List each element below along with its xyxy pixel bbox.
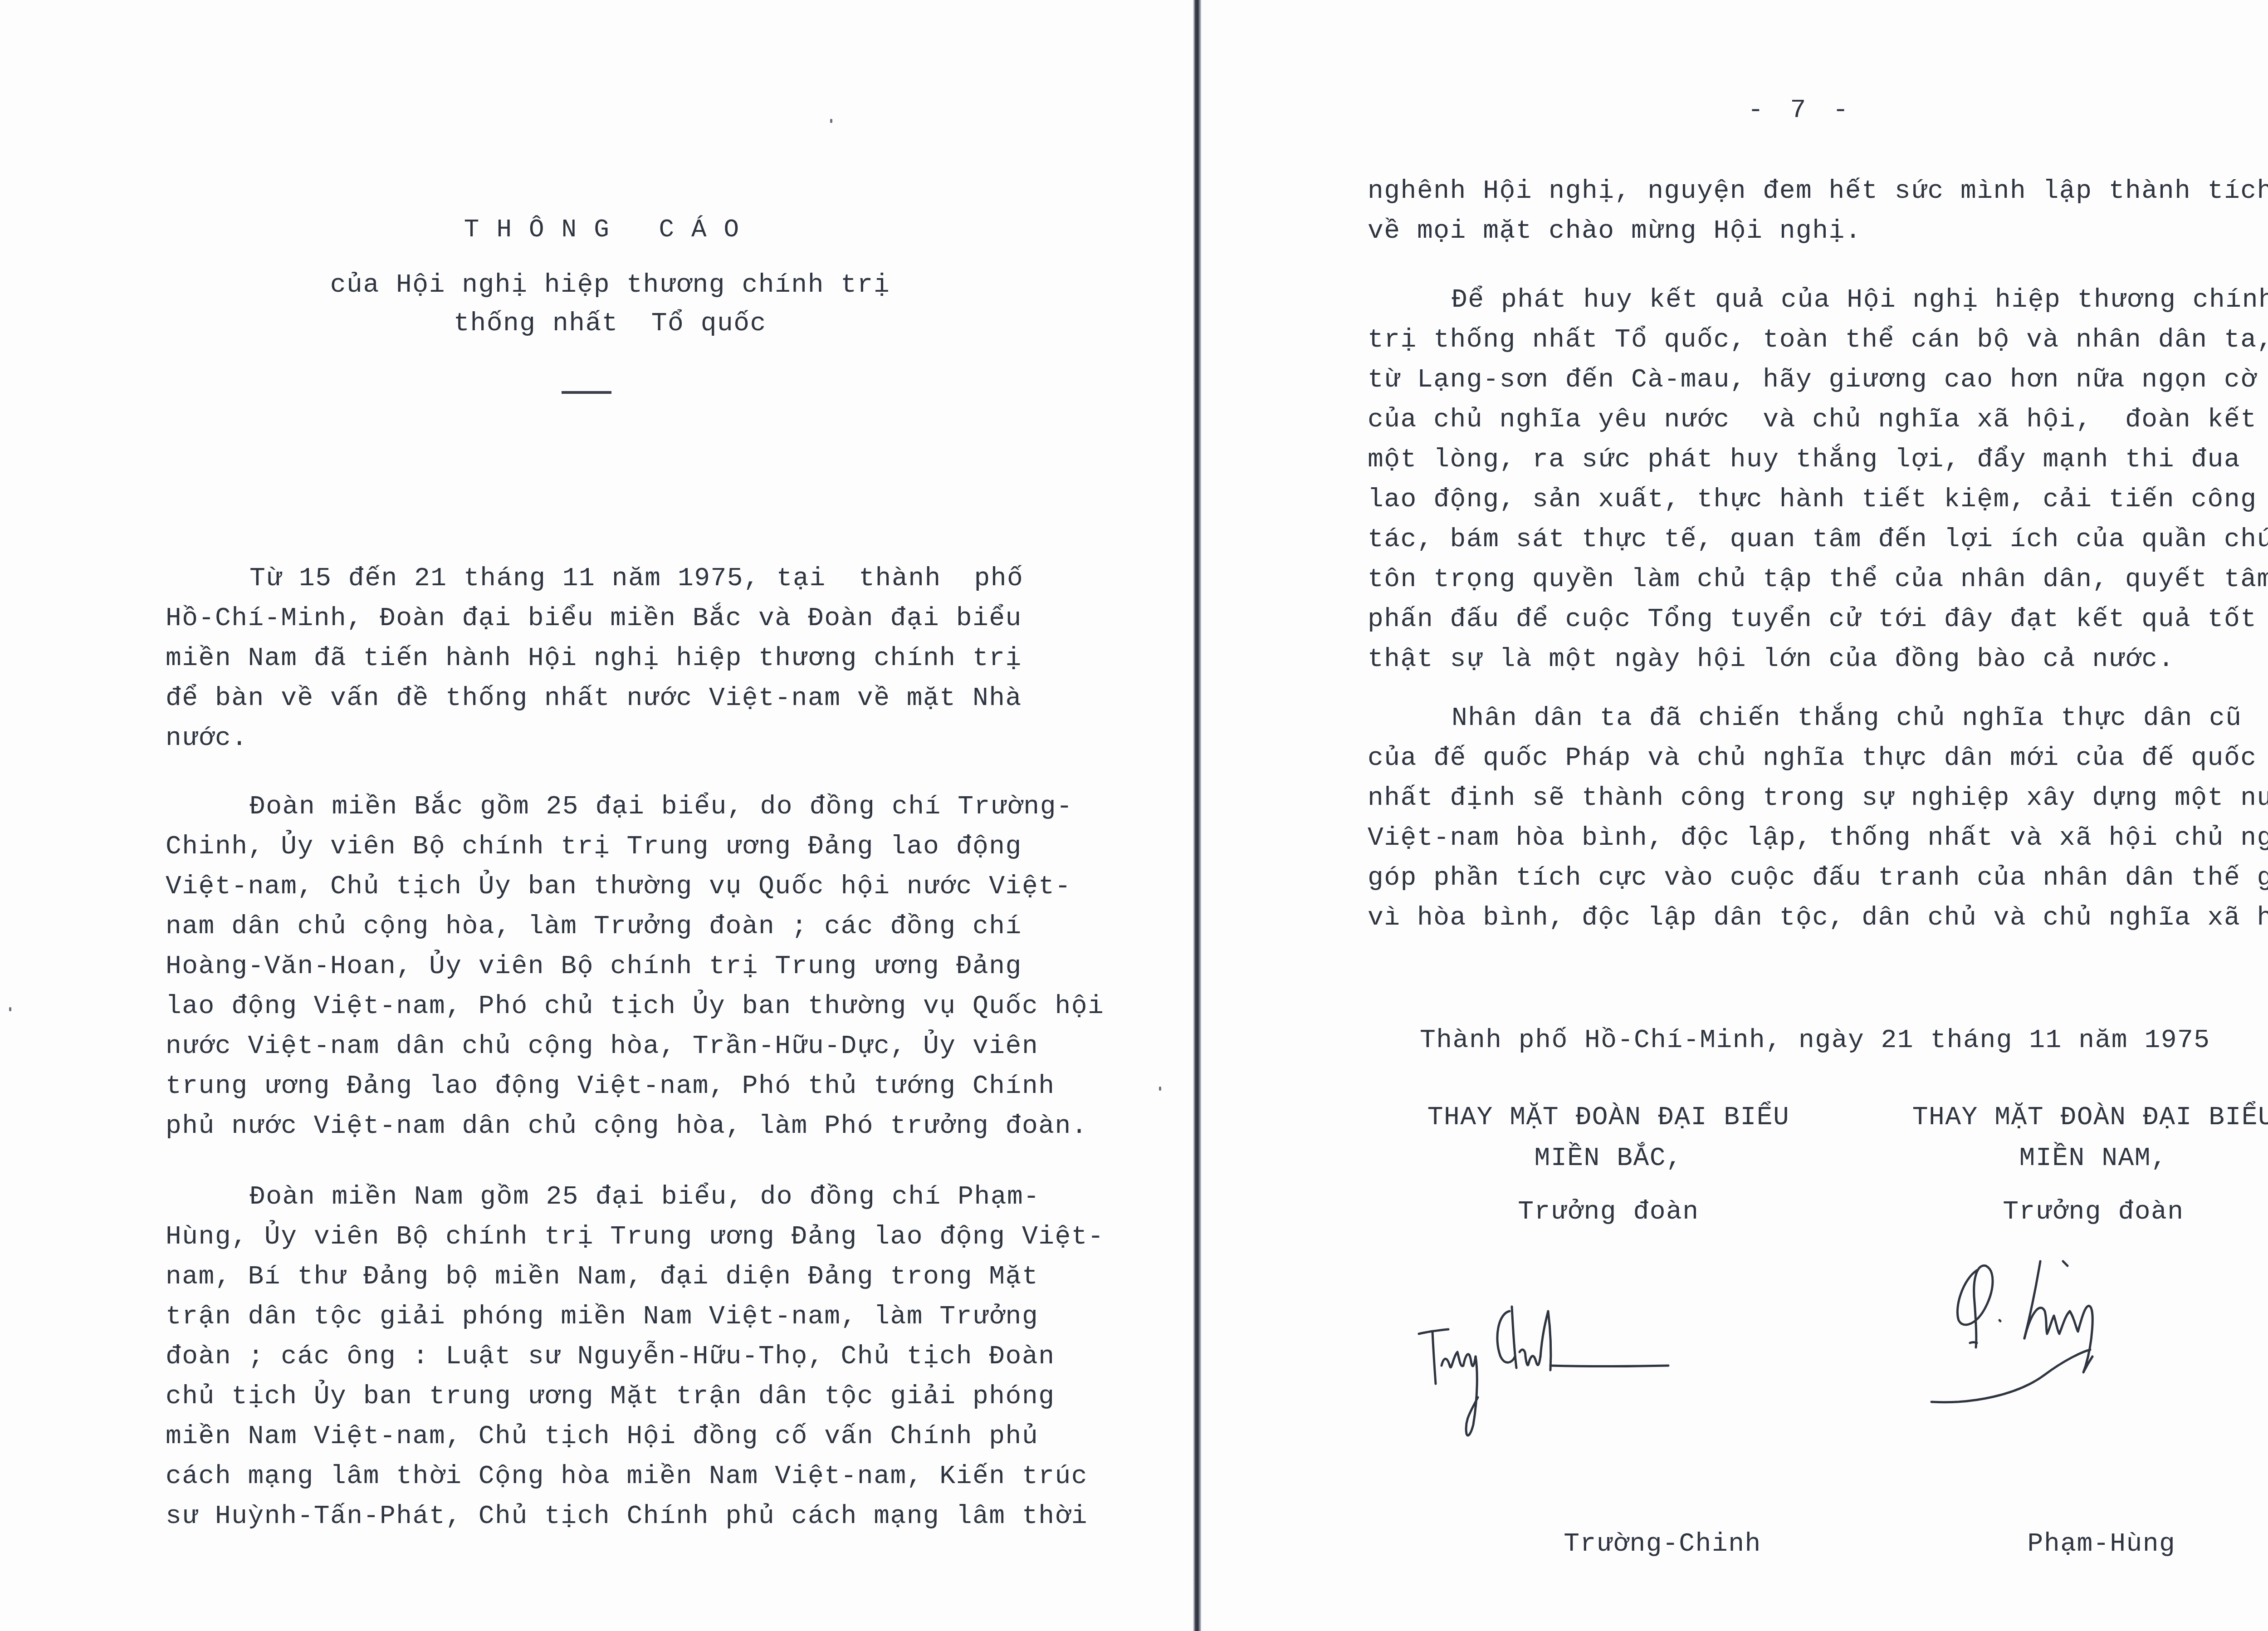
text-line: lao động, sản xuất, thực hành tiết kiệm,… — [1368, 480, 2268, 520]
text-line: trung ương Đảng lao động Việt-nam, Phó t… — [166, 1067, 1104, 1107]
text-line: chủ tịch Ủy ban trung ương Mặt trận dân … — [166, 1377, 1104, 1417]
right-page: - 7 - nghênh Hội nghị, nguyện đem hết sứ… — [1201, 0, 2268, 1631]
text-line: về mọi mặt chào mừng Hội nghị. — [1368, 211, 2268, 251]
paragraph-call-to-action: Để phát huy kết quả của Hội nghị hiệp th… — [1368, 280, 2268, 680]
text-line: góp phần tích cực vào cuộc đấu tranh của… — [1368, 858, 2268, 898]
text-line: nhất định sẽ thành công trong sự nghiệp … — [1368, 779, 2268, 818]
page-number: - 7 - — [1748, 91, 1854, 131]
scan-speck — [9, 1007, 11, 1011]
text-line: phủ nước Việt-nam dân chủ cộng hòa, làm … — [166, 1107, 1104, 1146]
text-line: vì hòa bình, độc lập dân tộc, dân chủ và… — [1368, 898, 2268, 938]
text-line: của chủ nghĩa yêu nước và chủ nghĩa xã h… — [1368, 400, 2268, 440]
paragraph-continuation: nghênh Hội nghị, nguyện đem hết sức mình… — [1368, 171, 2268, 251]
title-divider — [562, 391, 611, 394]
text-line: thật sự là một ngày hội lớn của đồng bào… — [1368, 640, 2268, 680]
scan-speck — [830, 119, 832, 123]
signatory-north-heading-2: MIỀN BẮC, — [1535, 1139, 1683, 1179]
text-line: cách mạng lâm thời Cộng hòa miền Nam Việ… — [166, 1457, 1104, 1497]
paragraph-north-delegation: Đoàn miền Bắc gồm 25 đại biểu, do đồng c… — [166, 787, 1104, 1146]
text-line: Hùng, Ủy viên Bộ chính trị Trung ương Đả… — [166, 1217, 1104, 1257]
document-title: THÔNG CÁO — [464, 210, 756, 250]
text-line: một lòng, ra sức phát huy thắng lợi, đẩy… — [1368, 440, 2268, 480]
paragraph-south-delegation: Đoàn miền Nam gồm 25 đại biểu, do đồng c… — [166, 1177, 1104, 1537]
text-line: tôn trọng quyền làm chủ tập thể của nhân… — [1368, 560, 2268, 600]
text-line: Việt-nam hòa bình, độc lập, thống nhất v… — [1368, 818, 2268, 858]
text-line: Nhân dân ta đã chiến thắng chủ nghĩa thự… — [1368, 699, 2268, 739]
text-line: Đoàn miền Bắc gồm 25 đại biểu, do đồng c… — [166, 787, 1104, 827]
text-line: của đế quốc Pháp và chủ nghĩa thực dân m… — [1368, 739, 2268, 779]
scan-speck — [1159, 1087, 1161, 1091]
document-subtitle-line-2: thống nhất Tổ quốc — [454, 304, 767, 344]
document-subtitle-line-1: của Hội nghị hiệp thương chính trị — [330, 265, 890, 305]
signatory-north-name: Trường-Chinh — [1564, 1524, 1761, 1564]
text-line: Đoàn miền Nam gồm 25 đại biểu, do đồng c… — [166, 1177, 1104, 1217]
text-line: Chinh, Ủy viên Bộ chính trị Trung ương Đ… — [166, 827, 1104, 867]
left-page: THÔNG CÁO của Hội nghị hiệp thương chính… — [0, 0, 1193, 1631]
text-line: để bàn về vấn đề thống nhất nước Việt-na… — [166, 679, 1023, 719]
signatory-south-name: Phạm-Hùng — [2028, 1524, 2176, 1564]
text-line: phấn đấu để cuộc Tổng tuyển cử tới đây đ… — [1368, 600, 2268, 640]
signature-truong-chinh — [1414, 1288, 1705, 1443]
text-line: từ Lạng-sơn đến Cà-mau, hãy giương cao h… — [1368, 360, 2268, 400]
text-line: Từ 15 đến 21 tháng 11 năm 1975, tại thàn… — [166, 559, 1023, 599]
signatory-north-role: Trưởng đoàn — [1518, 1192, 1699, 1232]
text-line: tác, bám sát thực tế, quan tâm đến lợi í… — [1368, 520, 2268, 560]
text-line: nam dân chủ cộng hòa, làm Trưởng đoàn ; … — [166, 907, 1104, 947]
page-gutter — [1193, 0, 1201, 1631]
text-line: Hồ-Chí-Minh, Đoàn đại biểu miền Bắc và Đ… — [166, 599, 1023, 639]
text-line: Việt-nam, Chủ tịch Ủy ban thường vụ Quốc… — [166, 867, 1104, 907]
text-line: sư Huỳnh-Tấn-Phát, Chủ tịch Chính phủ cá… — [166, 1497, 1104, 1537]
text-line: trận dân tộc giải phóng miền Nam Việt-na… — [166, 1297, 1104, 1337]
signature-pham-hung — [1927, 1252, 2268, 1415]
paragraph-intro: Từ 15 đến 21 tháng 11 năm 1975, tại thàn… — [166, 559, 1023, 759]
signatory-south-heading-2: MIỀN NAM, — [2019, 1139, 2168, 1179]
text-line: nước Việt-nam dân chủ cộng hòa, Trần-Hữu… — [166, 1027, 1104, 1067]
place-and-date: Thành phố Hồ-Chí-Minh, ngày 21 tháng 11 … — [1420, 1021, 2210, 1061]
text-line: nghênh Hội nghị, nguyện đem hết sức mình… — [1368, 171, 2268, 211]
text-line: lao động Việt-nam, Phó chủ tịch Ủy ban t… — [166, 987, 1104, 1027]
text-line: Để phát huy kết quả của Hội nghị hiệp th… — [1368, 280, 2268, 320]
text-line: đoàn ; các ông : Luật sư Nguyễn-Hữu-Thọ,… — [166, 1337, 1104, 1377]
signatory-south-heading-1: THAY MẶT ĐOÀN ĐẠI BIỂU — [1912, 1098, 2268, 1138]
signatory-north-heading-1: THAY MẶT ĐOÀN ĐẠI BIỂU — [1427, 1098, 1790, 1138]
text-line: trị thống nhất Tổ quốc, toàn thể cán bộ … — [1368, 320, 2268, 360]
text-line: nam, Bí thư Đảng bộ miền Nam, đại diện Đ… — [166, 1257, 1104, 1297]
text-line: nước. — [166, 719, 1023, 759]
text-line: miền Nam đã tiến hành Hội nghị hiệp thươ… — [166, 639, 1023, 679]
signatory-south-role: Trưởng đoàn — [2003, 1192, 2184, 1232]
text-line: Hoàng-Văn-Hoan, Ủy viên Bộ chính trị Tru… — [166, 947, 1104, 987]
paragraph-conclusion: Nhân dân ta đã chiến thắng chủ nghĩa thự… — [1368, 699, 2268, 938]
text-line: miền Nam Việt-nam, Chủ tịch Hội đồng cố … — [166, 1417, 1104, 1457]
